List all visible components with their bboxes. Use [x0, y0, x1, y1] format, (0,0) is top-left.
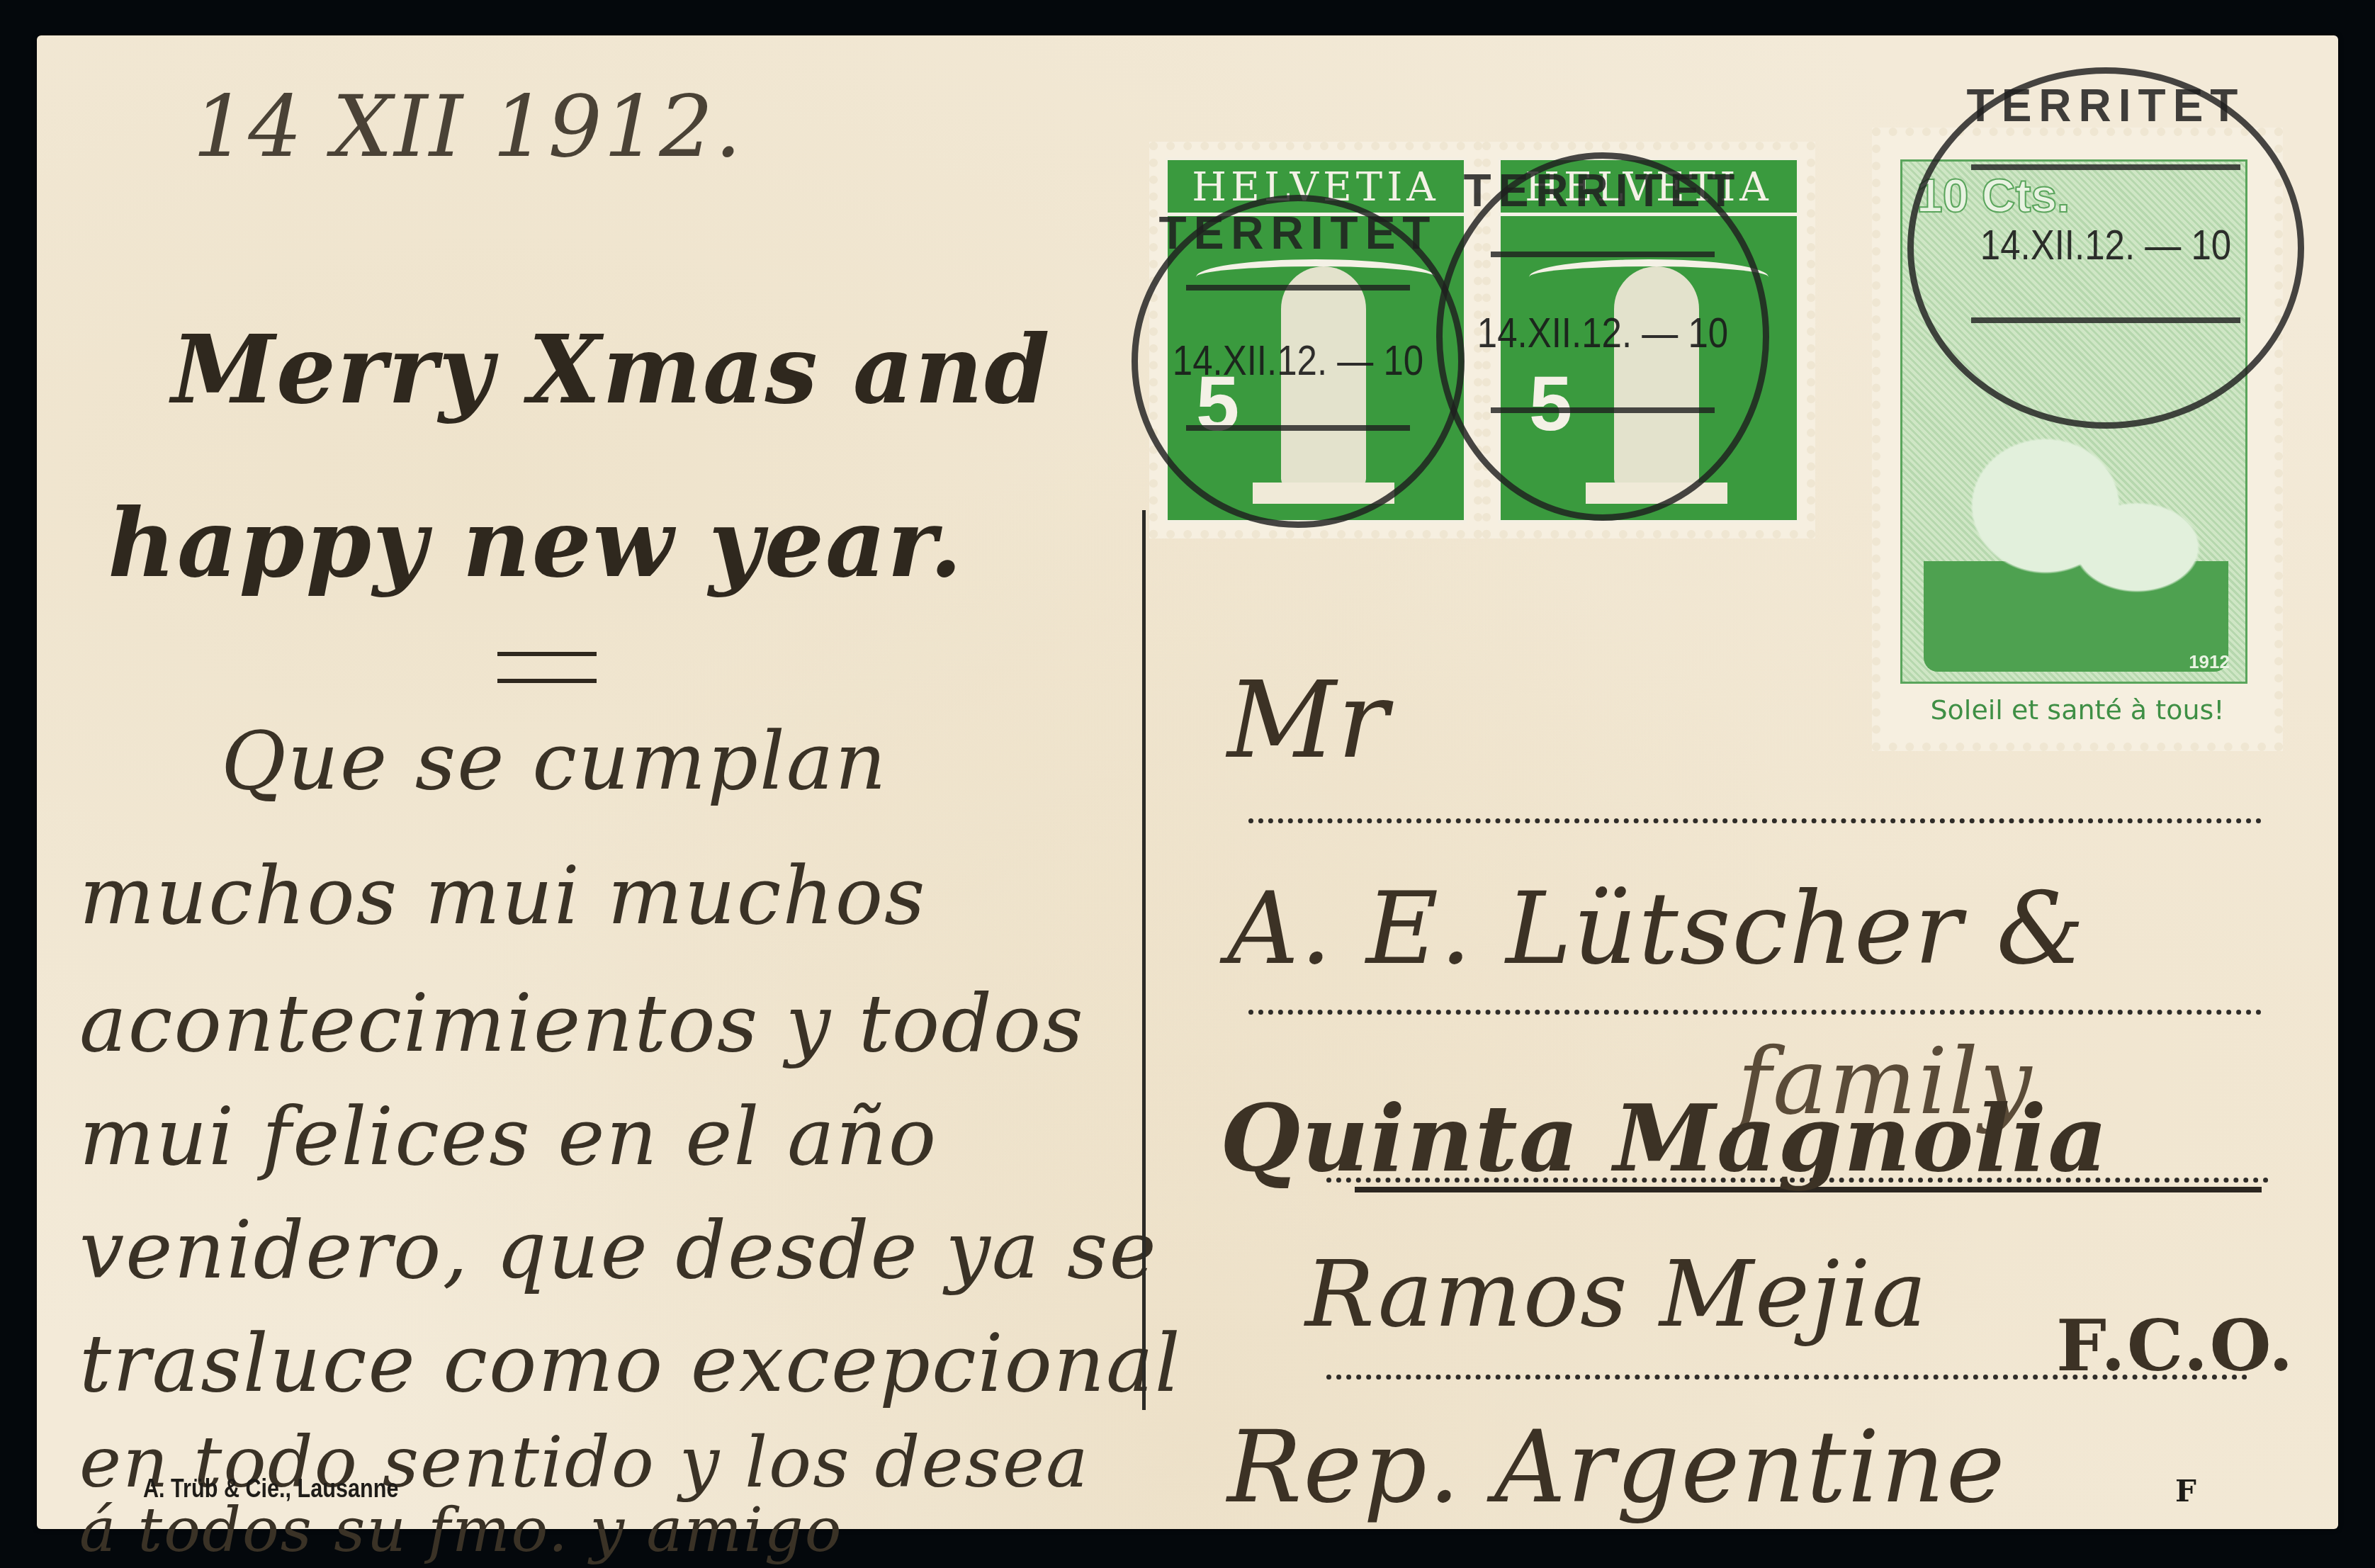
message-line-8: á todos su fmo. y amigo [79, 1495, 843, 1566]
address-name: A. E. Lütscher & [1227, 872, 2086, 987]
label-year: 1912 [2189, 651, 2230, 673]
postmark-3: TERRITET 14.XII.12. — 10 [1907, 67, 2304, 429]
postmark-date: 14.XII.12. — 10 [1162, 336, 1434, 385]
postmark-town: TERRITET [1443, 164, 1763, 217]
label-slogan: Soleil et santé à tous! [1900, 694, 2255, 726]
message-line-3: acontecimientos y todos [79, 978, 1085, 1070]
message-line-2: muchos mui muchos [79, 850, 927, 942]
message-line-6: trasluce como excepcional [79, 1318, 1182, 1410]
postmark-bar [1971, 164, 2240, 170]
address-city: Ramos Mejia [1305, 1240, 1928, 1348]
postmark-bar [1491, 407, 1715, 413]
address-country: Rep. Argentine [1227, 1410, 2007, 1525]
postmark-town: TERRITET [1138, 207, 1458, 259]
postmark-bar [1491, 252, 1715, 257]
postmark-date: 14.XII.12. — 10 [1943, 220, 2269, 269]
mother-children-illustration-icon [1924, 395, 2228, 672]
message-line-1: Que se cumplan [221, 716, 888, 808]
double-rule-divider [497, 652, 597, 683]
postmark-bar [1186, 425, 1410, 431]
message-line-5: venidero, que desde ya se [79, 1205, 1158, 1297]
postcard: 14 XII 1912. Merry Xmas and happy new ye… [37, 35, 2338, 1529]
postmark-bar [1186, 285, 1410, 291]
postmark-1: TERRITET 14.XII.12. — 10 [1132, 195, 1465, 528]
postmark-town: TERRITET [1914, 79, 2298, 132]
postmark-2: TERRITET 14.XII.12. — 10 [1436, 152, 1769, 521]
center-divider-line [1142, 510, 1146, 1410]
series-letter: F [2175, 1474, 2196, 1508]
greeting-line-2: happy new year. [108, 489, 964, 599]
postmark-bar [1971, 317, 2240, 323]
address-railway: F.C.O. [2056, 1304, 2294, 1387]
address-estate: Quinta Magnolia [1220, 1084, 2109, 1192]
address-salutation: Mr [1227, 659, 1389, 782]
address-line-2 [1248, 1010, 2262, 1015]
greeting-line-1: Merry Xmas and [171, 315, 1051, 425]
handwritten-date: 14 XII 1912. [193, 78, 743, 176]
postmark-date: 14.XII.12. — 10 [1467, 308, 1739, 357]
address-line-1 [1248, 818, 2262, 823]
message-line-4: mui felices en el año [79, 1091, 937, 1183]
publisher-imprint: A. Trüb & Cie., Lausanne [143, 1474, 398, 1504]
